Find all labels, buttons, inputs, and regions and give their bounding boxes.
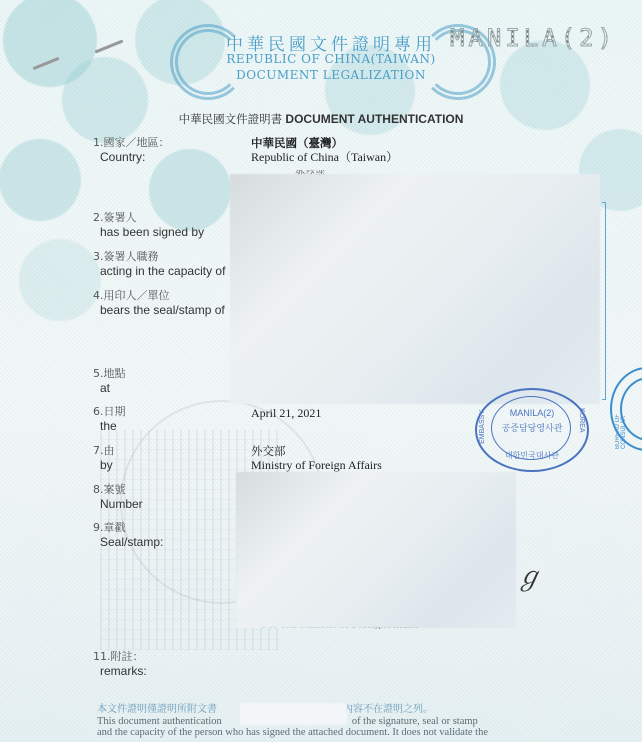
header-subtitle-en: DOCUMENT LEGALIZATION xyxy=(10,68,642,82)
field-label-en: Number xyxy=(93,497,143,511)
perforation-stamp: MANILA(2) xyxy=(450,24,616,52)
field-label-en: acting in the capacity of xyxy=(93,264,225,278)
stamp-text: KOREA xyxy=(578,408,585,433)
redacted-region xyxy=(240,703,347,725)
field-label-zh: 4.用印人／單位 xyxy=(93,289,225,303)
field-label-en: by xyxy=(93,458,115,472)
document-title-en: DOCUMENT AUTHENTICATION xyxy=(285,112,463,126)
field-label-zh: 9.章戳 xyxy=(93,521,163,535)
value-zh: 外交部 xyxy=(251,444,382,458)
field-label-en: at xyxy=(93,381,126,395)
field-country: 1.國家／地區： Country: xyxy=(93,136,170,164)
bracket-line xyxy=(602,202,606,400)
value-by: 外交部 Ministry of Foreign Affairs xyxy=(251,444,382,472)
footer-text: 本文件證明僅證明所附文書 xyxy=(97,704,217,715)
value-date: April 21, 2021 xyxy=(251,406,321,420)
field-place: 5.地點 at xyxy=(93,367,126,395)
signature-mark: ℊ xyxy=(516,556,542,593)
field-label-en: bears the seal/stamp of xyxy=(93,303,225,317)
field-signed-by: 2.簽署人 has been signed by xyxy=(93,211,204,239)
field-label-zh: 2.簽署人 xyxy=(93,211,204,225)
redacted-region xyxy=(230,174,600,404)
document-title: 中華民國文件證明書 DOCUMENT AUTHENTICATION xyxy=(0,111,642,127)
stamp-text: EMBASSY xyxy=(479,410,486,444)
field-remarks: 11.附註： remarks: xyxy=(93,650,147,678)
field-label-en: the xyxy=(93,419,126,433)
field-label-en: Country: xyxy=(93,150,170,164)
field-label-zh: 1.國家／地區： xyxy=(93,136,170,150)
document-title-zh: 中華民國文件證明書 xyxy=(179,112,283,126)
field-seal-stamp: 9.章戳 Seal/stamp: xyxy=(93,521,163,549)
field-label-zh: 8.案號 xyxy=(93,483,143,497)
value-en: Republic of China（Taiwan） xyxy=(251,150,398,164)
header-title-en: REPUBLIC OF CHINA(TAIWAN) xyxy=(10,52,642,66)
stamp-text: 대한민국대사관 xyxy=(477,450,587,461)
field-label-en: has been signed by xyxy=(93,225,204,239)
field-by: 7.由 by xyxy=(93,444,115,472)
footer-en-2: and the capacity of the person who has s… xyxy=(97,727,517,739)
field-label-zh: 3.簽署人職務 xyxy=(93,250,225,264)
field-label-en: Seal/stamp: xyxy=(93,535,163,549)
value-en: April 21, 2021 xyxy=(251,406,321,420)
stamp-text: MANILA(2) xyxy=(477,408,587,418)
footer-text: of the signature, seal or stamp xyxy=(352,716,478,727)
field-number: 8.案號 Number xyxy=(93,483,143,511)
value-en: Ministry of Foreign Affairs xyxy=(251,458,382,472)
field-label-zh: 11.附註： xyxy=(93,650,147,664)
value-country: 中華民國（臺灣） Republic of China（Taiwan） xyxy=(251,136,398,164)
field-capacity: 3.簽署人職務 acting in the capacity of xyxy=(93,250,225,278)
footer-text: 內容不在證明之列。 xyxy=(343,704,433,715)
stamp-text: BUREAU OF CONSULAR xyxy=(615,387,627,449)
field-label-zh: 6.日期 xyxy=(93,405,126,419)
stamp-text: 공증담당영사관 xyxy=(477,421,587,434)
field-seal-of: 4.用印人／單位 bears the seal/stamp of xyxy=(93,289,225,317)
redacted-region xyxy=(236,472,516,628)
footer-text: This document authentication xyxy=(97,716,222,727)
field-label-zh: 5.地點 xyxy=(93,367,126,381)
field-date: 6.日期 the xyxy=(93,405,126,433)
field-label-zh: 7.由 xyxy=(93,444,115,458)
value-zh: 中華民國（臺灣） xyxy=(251,136,398,150)
field-label-en: remarks: xyxy=(93,664,147,678)
embassy-stamp: MANILA(2) 공증담당영사관 대한민국대사관 EMBASSY KOREA xyxy=(475,388,589,472)
